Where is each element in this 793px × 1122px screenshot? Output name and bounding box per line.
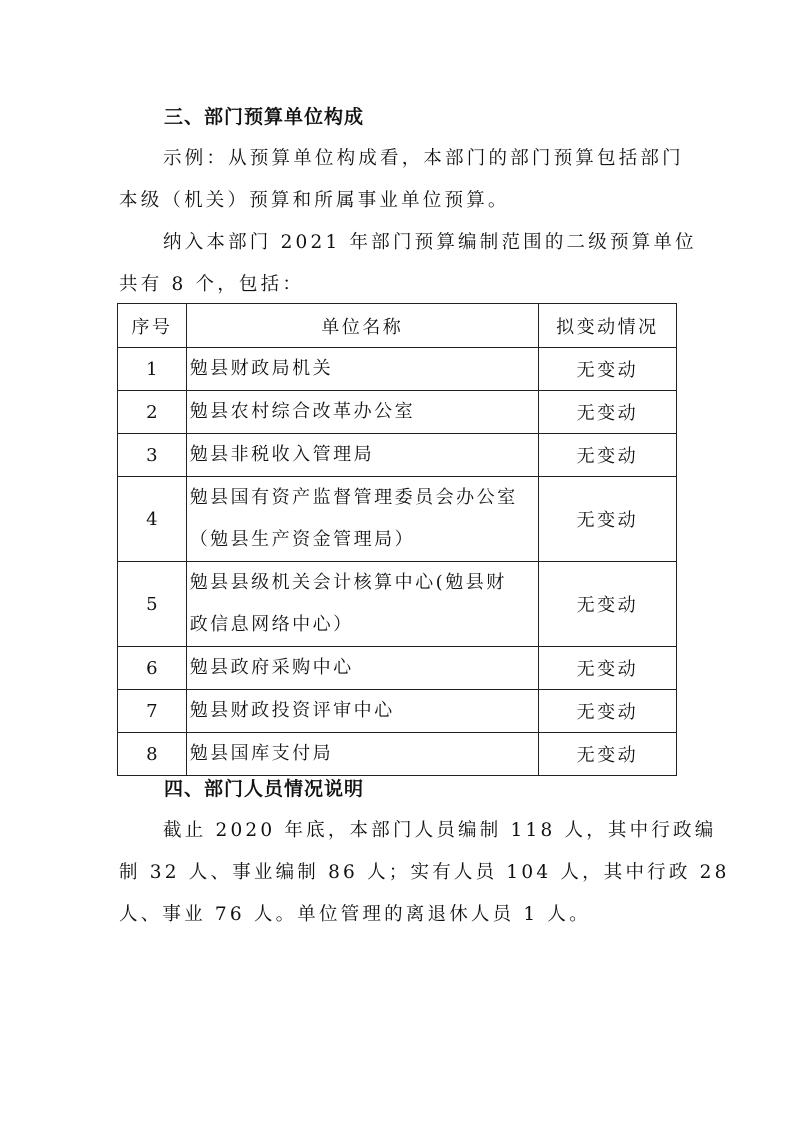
document-page: 三、部门预算单位构成 示例：从预算单位构成看，本部门的部门预算包括部门 本级（机… bbox=[0, 0, 793, 1122]
unit-name: 勉县财政投资评审中心 bbox=[186, 690, 538, 733]
paragraph-line: 本级（机关）预算和所属事业单位预算。 bbox=[119, 180, 679, 222]
section-heading-budget-units: 三、部门预算单位构成 bbox=[164, 104, 364, 130]
unit-name-line: 勉县县级机关会计核算中心(勉县财 bbox=[190, 562, 538, 604]
unit-name: 勉县财政局机关 bbox=[186, 348, 538, 391]
change-status: 无变动 bbox=[538, 733, 676, 776]
paragraph-line: 示例：从预算单位构成看，本部门的部门预算包括部门 bbox=[119, 138, 679, 180]
row-index: 6 bbox=[118, 647, 187, 690]
column-header-index: 序号 bbox=[118, 304, 187, 348]
unit-name: 勉县国库支付局 bbox=[186, 733, 538, 776]
unit-name-line: （勉县生产资金管理局） bbox=[190, 519, 538, 561]
change-status: 无变动 bbox=[538, 477, 676, 562]
change-status: 无变动 bbox=[538, 562, 676, 647]
table-row: 1 勉县财政局机关 无变动 bbox=[118, 348, 677, 391]
row-index: 3 bbox=[118, 434, 187, 477]
paragraph-budget-composition: 示例：从预算单位构成看，本部门的部门预算包括部门 本级（机关）预算和所属事业单位… bbox=[119, 138, 679, 222]
unit-name: 勉县县级机关会计核算中心(勉县财 政信息网络中心） bbox=[186, 562, 538, 647]
table-row: 4 勉县国有资产监督管理委员会办公室 （勉县生产资金管理局） 无变动 bbox=[118, 477, 677, 562]
table-row: 2 勉县农村综合改革办公室 无变动 bbox=[118, 391, 677, 434]
row-index: 8 bbox=[118, 733, 187, 776]
paragraph-staffing: 截止 2020 年底，本部门人员编制 118 人，其中行政编 制 32 人、事业… bbox=[119, 810, 679, 936]
change-status: 无变动 bbox=[538, 348, 676, 391]
row-index: 1 bbox=[118, 348, 187, 391]
row-index: 2 bbox=[118, 391, 187, 434]
table-row: 5 勉县县级机关会计核算中心(勉县财 政信息网络中心） 无变动 bbox=[118, 562, 677, 647]
unit-name: 勉县农村综合改革办公室 bbox=[186, 391, 538, 434]
change-status: 无变动 bbox=[538, 690, 676, 733]
paragraph-line: 人、事业 76 人。单位管理的离退休人员 1 人。 bbox=[119, 894, 679, 936]
column-header-change-status: 拟变动情况 bbox=[538, 304, 676, 348]
paragraph-line: 共有 8 个，包括： bbox=[119, 264, 679, 306]
budget-units-table: 序号 单位名称 拟变动情况 1 勉县财政局机关 无变动 2 勉县农村综合改革办公… bbox=[117, 303, 677, 776]
change-status: 无变动 bbox=[538, 434, 676, 477]
table-row: 8 勉县国库支付局 无变动 bbox=[118, 733, 677, 776]
row-index: 5 bbox=[118, 562, 187, 647]
unit-name-line: 勉县国有资产监督管理委员会办公室 bbox=[190, 477, 538, 519]
column-header-unit-name: 单位名称 bbox=[186, 304, 538, 348]
paragraph-line: 截止 2020 年底，本部门人员编制 118 人，其中行政编 bbox=[119, 810, 679, 852]
unit-name: 勉县政府采购中心 bbox=[186, 647, 538, 690]
row-index: 7 bbox=[118, 690, 187, 733]
table-row: 3 勉县非税收入管理局 无变动 bbox=[118, 434, 677, 477]
row-index: 4 bbox=[118, 477, 187, 562]
unit-name: 勉县国有资产监督管理委员会办公室 （勉县生产资金管理局） bbox=[186, 477, 538, 562]
paragraph-unit-count: 纳入本部门 2021 年部门预算编制范围的二级预算单位 共有 8 个，包括： bbox=[119, 222, 679, 306]
table-row: 6 勉县政府采购中心 无变动 bbox=[118, 647, 677, 690]
paragraph-line: 制 32 人、事业编制 86 人；实有人员 104 人，其中行政 28 bbox=[119, 852, 679, 894]
unit-name-line: 政信息网络中心） bbox=[190, 604, 538, 646]
change-status: 无变动 bbox=[538, 647, 676, 690]
section-heading-staffing: 四、部门人员情况说明 bbox=[164, 776, 364, 802]
unit-name: 勉县非税收入管理局 bbox=[186, 434, 538, 477]
table-row: 7 勉县财政投资评审中心 无变动 bbox=[118, 690, 677, 733]
table-header-row: 序号 单位名称 拟变动情况 bbox=[118, 304, 677, 348]
change-status: 无变动 bbox=[538, 391, 676, 434]
paragraph-line: 纳入本部门 2021 年部门预算编制范围的二级预算单位 bbox=[119, 222, 679, 264]
